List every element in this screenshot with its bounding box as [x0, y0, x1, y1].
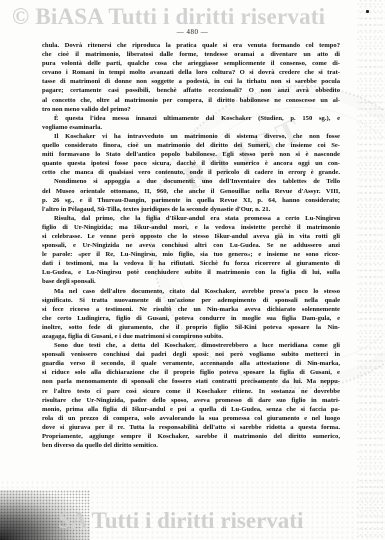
- text-line: Risulta, dal primo, che la figlia d'Išku…: [42, 214, 340, 223]
- text-line: Il Koschaker vi ha intravveduto un matri…: [42, 132, 340, 141]
- text-line: figlio di Ur-Ningizida; ma Iškur-andul m…: [42, 223, 340, 232]
- page-number: — 480 —: [0, 28, 385, 36]
- text-line: risultare che Ur-Ningizida, padre dello …: [42, 396, 340, 405]
- text-line: significato. Si tratta nuovamente di un'…: [42, 296, 340, 305]
- text-line: sponsali, e Ur-Ningizida ne aveva conchi…: [42, 241, 340, 250]
- scanned-page: RTIST © BiASA Tutti i diritti riservati …: [0, 0, 385, 540]
- text-line: dove si giurava per il re. Tutta la resp…: [42, 423, 340, 432]
- text-line: guardia verso il secondo, il quale veram…: [42, 359, 340, 368]
- text-line: quello considerato finora, cioè un matri…: [42, 141, 340, 150]
- text-line: ben diverso da quello del diritto semiti…: [42, 441, 340, 450]
- text-line: l'altro in Pélagaud, Sû-Tilla, textes ju…: [42, 205, 340, 214]
- text-line: sponsali venissero conchiusi dai padri d…: [42, 350, 340, 359]
- text-line: monio, prima alla figlia di Iškur-andul …: [42, 405, 340, 414]
- text-line: cetto che manca di qualsiasi vero conten…: [42, 168, 340, 177]
- text-line: cevano i Romani in tempi molto avanzati …: [42, 68, 340, 77]
- text-line: tro non meno valido del primo?: [42, 105, 340, 114]
- text-line: pagare; certamente casi possibili, bench…: [42, 86, 340, 95]
- text-line: re l'altro testo ci pare così sicuro com…: [42, 387, 340, 396]
- text-line: Lu-Gudea, e Lu-Ningirsu potè conchiudere…: [42, 268, 340, 277]
- text-line: inoltre, sotto fede di giuramento, che i…: [42, 323, 340, 332]
- copyright-watermark-bottom: SA Tutti i diritti riservati: [58, 508, 303, 534]
- text-line: p. 26 sg., e il Thureau-Dangin, pariment…: [42, 196, 340, 205]
- text-line: Nondimeno si appoggia a due documenti: u…: [42, 177, 340, 186]
- text-line: vogliamo esaminarla.: [42, 123, 340, 132]
- text-line: si riduce solo alla dichiarazione che il…: [42, 368, 340, 377]
- text-line: al concetto che, oltre al matrimonio per…: [42, 96, 340, 105]
- text-line: del Museo orientale ottomano, II, 960, c…: [42, 187, 340, 196]
- text-line: base degli sponsali.: [42, 277, 340, 286]
- scan-speck: [303, 174, 305, 176]
- text-line: pura volontà delle parti, qualche cosa c…: [42, 59, 340, 68]
- text-line: si celebrasse. Le venne però opposto che…: [42, 232, 340, 241]
- text-line: azagaga, figlia di Gusani, e i due matri…: [42, 332, 340, 341]
- text-line: Ma nel caso dell'altro documento, citato…: [42, 287, 340, 296]
- body-text: chula. Dovrà ritenersi che riproduca la …: [42, 41, 340, 450]
- text-line: miti formavano lo Stato dell'antico popo…: [42, 150, 340, 159]
- text-line: dati i testimoni, ma la vedova li ha rif…: [42, 259, 340, 268]
- text-line: tasse di matrimonî di donne non soggette…: [42, 77, 340, 86]
- text-line: che certo Ludingirra, figlio di Gusani, …: [42, 314, 340, 323]
- text-line: È questa l'idea messa innanzi ultimament…: [42, 114, 340, 123]
- text-line: non parla menomamente di sponsali che fo…: [42, 377, 340, 386]
- text-line: Sono due testi che, a detta del Koschake…: [42, 341, 340, 350]
- text-line: Propriamente, aggiunge sempre il Koschak…: [42, 432, 340, 441]
- scan-speck: [366, 10, 369, 13]
- text-line: si fece ricorso a testimoni. Ne risultò …: [42, 305, 340, 314]
- copyright-watermark-top: © BiASA Tutti i diritti riservati: [12, 4, 325, 30]
- text-line: rola di un prezzo di compera, solo avval…: [42, 414, 340, 423]
- text-line: quanto questa ipotesi fosse poco sicura,…: [42, 159, 340, 168]
- text-line: chula. Dovrà ritenersi che riproduca la …: [42, 41, 340, 50]
- text-line: le parole: «per il Re, Lu-Ningirsu, mio …: [42, 250, 340, 259]
- text-line: che cioè il matrimonio, liberatosi dalle…: [42, 50, 340, 59]
